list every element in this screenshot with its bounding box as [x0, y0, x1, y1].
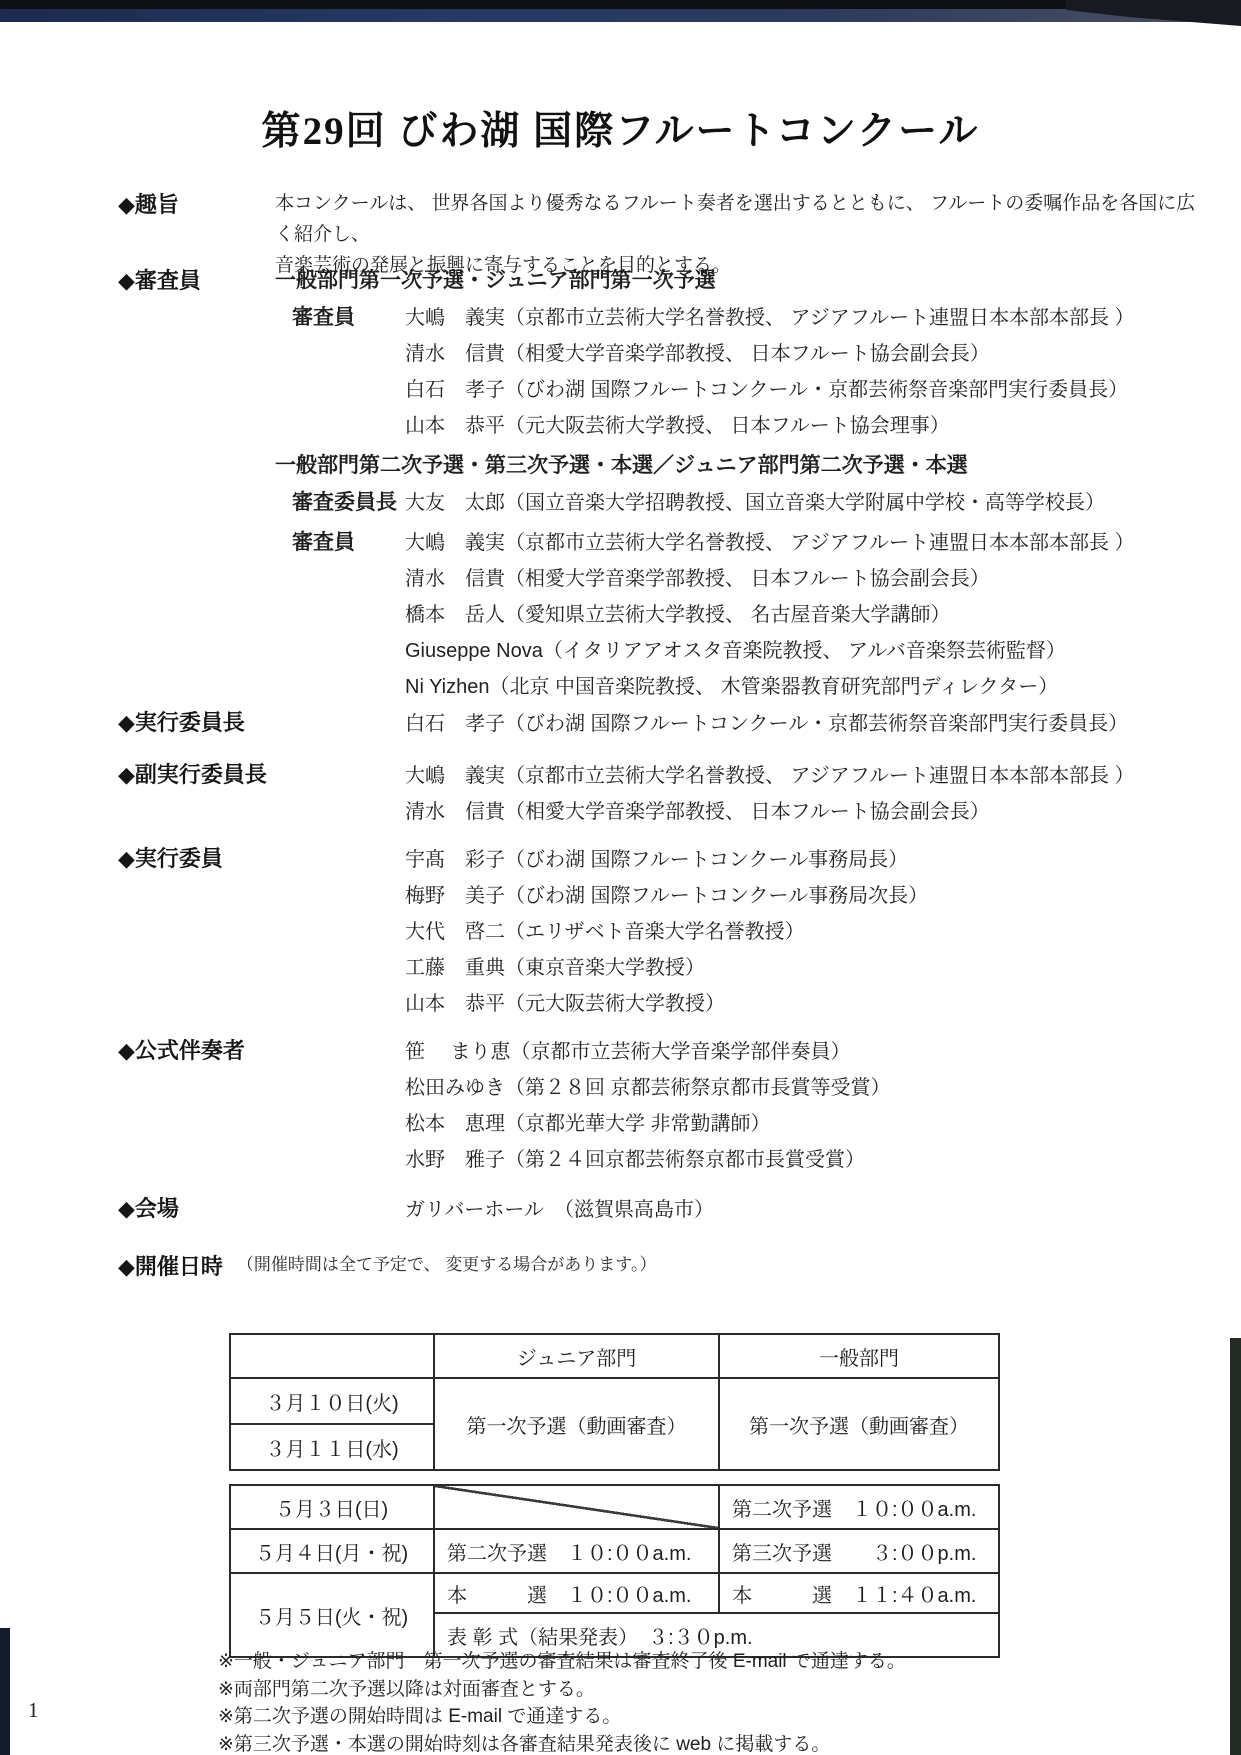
member-name: 水野 雅子（第２４回京都芸術祭京都市長賞受賞）	[405, 1142, 891, 1178]
schedule-label: ◆開催日時	[118, 1250, 223, 1281]
committee-chair-label: ◆実行委員長	[118, 706, 405, 737]
venue-value: ガリバーホール （滋賀県高島市）	[405, 1192, 714, 1228]
date-cell: ５月４日(月・祝)	[230, 1529, 434, 1573]
judges-chair-name: 大友 太郎（国立音楽大学招聘教授、国立音楽大学附属中学校・高等学校長）	[405, 485, 1105, 521]
footnote: ※第三次予選・本選の開始時刻は各審査結果発表後に web に掲載する。	[218, 1731, 906, 1755]
scanned-document-page: { "page": { "title": "第29回 びわ湖 国際フルートコンク…	[0, 0, 1241, 1755]
judge-name: 白石 孝子（びわ湖 国際フルートコンクール・京都芸術祭音楽部門実行委員長）	[405, 372, 1135, 408]
section-accompanists: ◆公式伴奏者 笹 まり恵（京都市立芸術大学音楽学部伴奏員） 松田みゆき（第２８回…	[118, 1034, 1211, 1178]
section-schedule: ◆開催日時 （開催時間は全て予定で、 変更する場合があります。）	[118, 1250, 1211, 1281]
date-cell: ３月１１日(水)	[230, 1424, 434, 1470]
section-committee: ◆実行委員 宇髙 彩子（びわ湖 国際フルートコンクール事務局長） 梅野 美子（び…	[118, 842, 1211, 1022]
scan-border-left	[0, 1628, 10, 1755]
judges-chair-label: 審査委員長	[292, 485, 405, 521]
schedule-table-march: ジュニア部門 一般部門 ３月１０日(火) 第一次予選（動画審査） 第一次予選（動…	[229, 1333, 1000, 1471]
judges-round1-heading: 一般部門第一次予選・ジュニア部門第一次予選	[275, 264, 716, 298]
page-number: 1	[28, 1698, 39, 1723]
general-first-round-cell: 第一次予選（動画審査）	[719, 1378, 999, 1470]
judge-name: 清水 信貴（相愛大学音楽学部教授、 日本フルート協会副会長）	[405, 336, 1135, 372]
crossed-out-cell	[434, 1485, 719, 1529]
junior-first-round-cell: 第一次予選（動画審査）	[434, 1378, 719, 1470]
judges-round1-role-label: 審査員	[292, 300, 405, 444]
section-venue: ◆会場 ガリバーホール （滋賀県高島市）	[118, 1192, 1211, 1228]
member-name: 松田みゆき（第２８回 京都芸術祭京都市長賞等受賞）	[405, 1070, 891, 1106]
member-name: 清水 信貴（相愛大学音楽学部教授、 日本フルート協会副会長）	[405, 794, 1135, 830]
member-name: 山本 恭平（元大阪芸術大学教授）	[405, 986, 928, 1022]
judge-name: 大嶋 義実（京都市立芸術大学名誉教授、 アジアフルート連盟日本本部本部長 ）	[405, 525, 1135, 561]
section-committee-chair: ◆実行委員長 白石 孝子（びわ湖 国際フルートコンクール・京都芸術祭音楽部門実行…	[118, 706, 1211, 742]
judge-name: 山本 恭平（元大阪芸術大学教授、 日本フルート協会理事）	[405, 408, 1135, 444]
member-name: 笹 まり恵（京都市立芸術大学音楽学部伴奏員）	[405, 1034, 891, 1070]
date-cell: ５月５日(火・祝)	[230, 1573, 434, 1657]
venue-label: ◆会場	[118, 1192, 405, 1223]
section-vice-chairs: ◆副実行委員長 大嶋 義実（京都市立芸術大学名誉教授、 アジアフルート連盟日本本…	[118, 758, 1211, 830]
accompanists-names: 笹 まり恵（京都市立芸術大学音楽学部伴奏員） 松田みゆき（第２８回 京都芸術祭京…	[405, 1034, 891, 1178]
judges-label: ◆審査員	[118, 264, 275, 298]
judge-name: 橋本 岳人（愛知県立芸術大学教授、 名古屋音楽大学講師）	[405, 597, 1135, 633]
footnote: ※一般・ジュニア部門 第一次予選の審査結果は審査終了後 E-mail で通達する…	[218, 1648, 906, 1676]
vice-chairs-names: 大嶋 義実（京都市立芸術大学名誉教授、 アジアフルート連盟日本本部本部長 ） 清…	[405, 758, 1135, 830]
section-judges-round2: 一般部門第二次予選・第三次予選・本選／ジュニア部門第二次予選・本選 審査委員長 …	[118, 449, 1211, 705]
scan-border-right	[1230, 1338, 1241, 1755]
purpose-line-1: 本コンクールは、 世界各国より優秀なるフルート奏者を選出するとともに、 フルート…	[275, 188, 1211, 250]
judges-chair-row: 審査委員長 大友 太郎（国立音楽大学招聘教授、国立音楽大学附属中学校・高等学校長…	[292, 485, 1211, 521]
judges-round1-rows: 審査員 大嶋 義実（京都市立芸術大学名誉教授、 アジアフルート連盟日本本部本部長…	[292, 300, 1211, 444]
judges-round2-heading: 一般部門第二次予選・第三次予選・本選／ジュニア部門第二次予選・本選	[275, 449, 1211, 483]
footnote: ※両部門第二次予選以降は対面審査とする。	[218, 1676, 906, 1704]
table-corner-cell	[230, 1334, 434, 1378]
purpose-label: ◆趣旨	[118, 188, 275, 219]
judges-round1-names: 大嶋 義実（京都市立芸術大学名誉教授、 アジアフルート連盟日本本部本部長 ） 清…	[405, 300, 1135, 444]
general-third-round-cell: 第三次予選 ３:００p.m.	[719, 1529, 999, 1573]
committee-chair-names: 白石 孝子（びわ湖 国際フルートコンクール・京都芸術祭音楽部門実行委員長）	[405, 706, 1128, 742]
member-name: 大嶋 義実（京都市立芸術大学名誉教授、 アジアフルート連盟日本本部本部長 ）	[405, 758, 1135, 794]
document-title: 第29回 びわ湖 国際フルートコンクール	[0, 100, 1241, 156]
judge-name: 大嶋 義実（京都市立芸術大学名誉教授、 アジアフルート連盟日本本部本部長 ）	[405, 300, 1135, 336]
member-name: 大代 啓二（エリザベト音楽大学名誉教授）	[405, 914, 928, 950]
schedule-note: （開催時間は全て予定で、 変更する場合があります。）	[237, 1250, 657, 1280]
judge-name: 清水 信貴（相愛大学音楽学部教授、 日本フルート協会副会長）	[405, 561, 1135, 597]
member-name: 松本 恵理（京都光華大学 非常勤講師）	[405, 1106, 891, 1142]
date-cell: ３月１０日(火)	[230, 1378, 434, 1424]
schedule-tables: ジュニア部門 一般部門 ３月１０日(火) 第一次予選（動画審査） 第一次予選（動…	[229, 1333, 1000, 1658]
schedule-footnotes: ※一般・ジュニア部門 第一次予選の審査結果は審査終了後 E-mail で通達する…	[218, 1648, 906, 1755]
general-final-cell: 本 選 １１:４０a.m.	[719, 1573, 999, 1613]
member-name: 宇髙 彩子（びわ湖 国際フルートコンクール事務局長）	[405, 842, 928, 878]
schedule-table-may: ５月３日(日) 第二次予選 １０:００a.m. ５月４日(月・祝) 第二次予選 …	[229, 1484, 1000, 1658]
judges-round2-role-label: 審査員	[292, 525, 405, 705]
member-name: 工藤 重典（東京音楽大学教授）	[405, 950, 928, 986]
accompanists-label: ◆公式伴奏者	[118, 1034, 405, 1065]
general-second-round-cell: 第二次予選 １０:００a.m.	[719, 1485, 999, 1529]
committee-names: 宇髙 彩子（びわ湖 国際フルートコンクール事務局長） 梅野 美子（びわ湖 国際フ…	[405, 842, 928, 1022]
section-judges-round1: ◆審査員 一般部門第一次予選・ジュニア部門第一次予選 審査員 大嶋 義実（京都市…	[118, 264, 1211, 444]
scan-border-top	[0, 0, 1241, 9]
scan-border-top-blue	[0, 9, 1241, 22]
junior-second-round-cell: 第二次予選 １０:００a.m.	[434, 1529, 719, 1573]
vice-chairs-label: ◆副実行委員長	[118, 758, 405, 789]
judges-round2-names: 大嶋 義実（京都市立芸術大学名誉教授、 アジアフルート連盟日本本部本部長 ） 清…	[405, 525, 1135, 705]
member-name: 白石 孝子（びわ湖 国際フルートコンクール・京都芸術祭音楽部門実行委員長）	[405, 706, 1128, 742]
junior-final-cell: 本 選 １０:００a.m.	[434, 1573, 719, 1613]
judge-name: Giuseppe Nova（イタリアアオスタ音楽院教授、 アルバ音楽祭芸術監督）	[405, 633, 1135, 669]
col-header-general: 一般部門	[719, 1334, 999, 1378]
venue-value-wrap: ガリバーホール （滋賀県高島市）	[405, 1192, 714, 1228]
member-name: 梅野 美子（びわ湖 国際フルートコンクール事務局次長）	[405, 878, 928, 914]
footnote: ※第二次予選の開始時間は E-mail で通達する。	[218, 1703, 906, 1731]
col-header-junior: ジュニア部門	[434, 1334, 719, 1378]
date-cell: ５月３日(日)	[230, 1485, 434, 1529]
judge-name: Ni Yizhen（北京 中国音楽院教授、 木管楽器教育研究部門ディレクター）	[405, 669, 1135, 705]
committee-label: ◆実行委員	[118, 842, 405, 873]
judges-round2-rows: 審査員 大嶋 義実（京都市立芸術大学名誉教授、 アジアフルート連盟日本本部本部長…	[292, 525, 1211, 705]
